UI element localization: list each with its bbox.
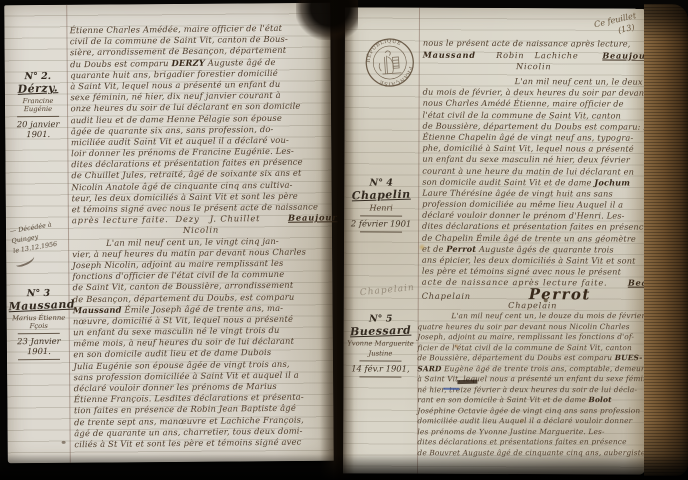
book-gutter-shadow bbox=[320, 0, 354, 480]
blue-ink-mark bbox=[443, 388, 459, 390]
seal-word-republique: RÉPUBLIQUE bbox=[363, 38, 403, 64]
handwritten-line: Étienne Chapelin âgé de vingt neuf ans, … bbox=[422, 132, 644, 144]
handwritten-line: ciliés à St Vit et sont les père et témo… bbox=[74, 436, 332, 450]
margin-divider bbox=[359, 376, 401, 377]
handwritten-line: courant à une heure du matin de lui décl… bbox=[422, 165, 644, 177]
handwritten-line: Joseph, adjoint au maire, remplissant le… bbox=[417, 332, 645, 343]
handwritten-line: de Chapelin Émile âgé de trente un ans g… bbox=[422, 232, 644, 244]
entry-given-names2: Justine bbox=[343, 349, 417, 357]
entry-surname: Dérzy. bbox=[9, 81, 68, 96]
entry-year: 1901. bbox=[9, 129, 67, 139]
entry-given-names: Francine Eugénie bbox=[9, 97, 67, 113]
left-page: N° 2. Dérzy. Francine Eugénie 20 janvier… bbox=[4, 3, 334, 464]
seated-marianne-figure bbox=[378, 50, 401, 74]
register-scan: N° 2. Dérzy. Francine Eugénie 20 janvier… bbox=[0, 0, 688, 480]
handwritten-line: du mois de février, à deux heures du soi… bbox=[423, 87, 645, 99]
handwritten-line: les prénoms de Yvonne Justine Marguerite… bbox=[417, 427, 645, 438]
margin-divider bbox=[359, 360, 401, 361]
act-5-body: L'an mil neuf cent un, le douze du mois … bbox=[417, 311, 645, 458]
handwritten-line: profession domiciliée au même lieu Auque… bbox=[422, 199, 644, 211]
margin-divider bbox=[18, 333, 60, 334]
offset-ink-ghost-signature: Chapelain bbox=[359, 283, 415, 298]
handwritten-line: nous Charles Amédé Étienne, maire offici… bbox=[423, 98, 645, 110]
entry-surname: Maussand bbox=[8, 298, 69, 314]
handwritten-line: et de Perrot Auguste âgés de quarante tr… bbox=[422, 243, 644, 255]
margin-divider bbox=[18, 359, 60, 360]
margin-annotation-entry-3: N° 3 Maussand Marius Étienne Fçois 23 Ja… bbox=[8, 288, 69, 362]
entry-date: 20 janvier bbox=[9, 119, 67, 129]
entry-year: 1901. bbox=[9, 346, 69, 356]
handwritten-line: dites déclarations et présentations fait… bbox=[417, 437, 645, 448]
handwritten-line: L'an mil neuf cent un, le deux bbox=[423, 76, 645, 88]
handwritten-line: ficier de l'état civil de la commune de … bbox=[417, 343, 645, 354]
left-page-act-body: Étienne Charles Amédée, maire officier d… bbox=[70, 22, 333, 450]
handwritten-line: L'an mil neuf cent un, le douze du mois … bbox=[417, 311, 645, 322]
right-page-act-continuation: nous le présent acte de naissance après … bbox=[423, 38, 645, 73]
margin-annotation-entry-4: N° 4 Chapelin Henri 2 février 1901 bbox=[346, 177, 416, 234]
death-marginal-note: — Décédée à Quingey le 13.12.1956 bbox=[9, 216, 77, 267]
handwritten-line: ans épicier, les deux domiciliés à Saint… bbox=[422, 255, 644, 267]
strikethrough-correction bbox=[457, 380, 477, 385]
margin-divider bbox=[360, 215, 402, 216]
entry-given-names: Yvonne Marguerite bbox=[344, 339, 418, 347]
right-page: Ce feuillet (13) RÉPUBLIQUE FRANÇAISE bbox=[343, 7, 647, 474]
handwritten-line: rant en son domicile à Saint Vit et de d… bbox=[417, 395, 645, 406]
handwritten-line: dites déclarations et présentation faite… bbox=[422, 221, 644, 233]
handwritten-line: nous le présent acte de naissance après … bbox=[423, 38, 645, 50]
handwritten-line: Nicolin bbox=[423, 61, 645, 73]
handwritten-line: l'état civil de la commune de Saint Vit,… bbox=[423, 109, 645, 121]
ink-speck bbox=[62, 441, 66, 444]
book-fore-edge-pages bbox=[644, 4, 688, 476]
book-gutter-top-shadow bbox=[296, 0, 358, 40]
svg-text:RÉPUBLIQUE FRANÇAISE: RÉPUBLIQUE FRANÇAISE bbox=[363, 37, 414, 88]
entry-date: 14 fév.r 1901, bbox=[343, 363, 417, 373]
handwritten-line: de Boussière, département du Doubs est c… bbox=[417, 353, 645, 364]
entry-given-names: Henri bbox=[346, 203, 416, 212]
republique-francaise-seal-icon: RÉPUBLIQUE FRANÇAISE bbox=[363, 36, 416, 89]
handwritten-line: Laure Thérésine âgée de vingt huit ans s… bbox=[422, 188, 644, 200]
margin-divider bbox=[17, 116, 59, 117]
handwritten-line: Chapelain bbox=[422, 299, 644, 311]
entry-surname: Buessard bbox=[343, 323, 417, 338]
margin-annotation-entry-5: N° 5 Buessard Yvonne Marguerite Justine … bbox=[343, 313, 417, 379]
handwritten-line: Maussand Robin Lachiche Beaujour bbox=[423, 49, 645, 61]
margin-annotation-entry-2: N° 2. Dérzy. Francine Eugénie 20 janvier… bbox=[9, 71, 68, 139]
entry-date: 23 Janvier bbox=[9, 336, 69, 346]
handwritten-line: phe, domicilié à Saint Vit, lequel nous … bbox=[422, 143, 644, 155]
handwritten-line: les père et témoins signé avec nous le p… bbox=[422, 266, 644, 278]
handwritten-line: domiciliée audit lieu Auquel il a déclar… bbox=[417, 416, 645, 427]
margin-divider bbox=[360, 231, 402, 232]
handwritten-line: né hier, treize février à deux heures du… bbox=[417, 385, 645, 396]
handwritten-line: Joséphine Octavie âgée de vingt cinq ans… bbox=[417, 406, 645, 417]
entry-date: 2 février 1901 bbox=[346, 218, 416, 228]
handwritten-line: quatre heures du soir par devant nous Ni… bbox=[417, 322, 645, 333]
scan-bottom-shadow bbox=[0, 454, 688, 480]
folio-corner-note: Ce feuillet (13) bbox=[593, 10, 640, 41]
handwritten-line: déclaré vouloir donner le prénom d'Henri… bbox=[422, 210, 644, 222]
handwritten-line: son domicile audit Saint Vit et de dame … bbox=[422, 176, 644, 188]
act-4-body: L'an mil neuf cent un, le deuxdu mois de… bbox=[422, 76, 645, 312]
entry-given-names: Marius Étienne Fçois bbox=[9, 314, 69, 330]
handwritten-line: de Boussière, département du Doubs est c… bbox=[422, 120, 644, 132]
handwritten-line: Chapelain Perrot bbox=[422, 288, 644, 300]
handwritten-line: SARD Eugène âgé de trente trois ans, com… bbox=[417, 364, 645, 375]
handwritten-line: un enfant du sexe masculin né hier, deux… bbox=[422, 154, 644, 166]
entry-surname: Chapelin bbox=[346, 187, 416, 202]
handwritten-line: à Saint Vit, lequel nous a présenté un e… bbox=[417, 374, 645, 385]
